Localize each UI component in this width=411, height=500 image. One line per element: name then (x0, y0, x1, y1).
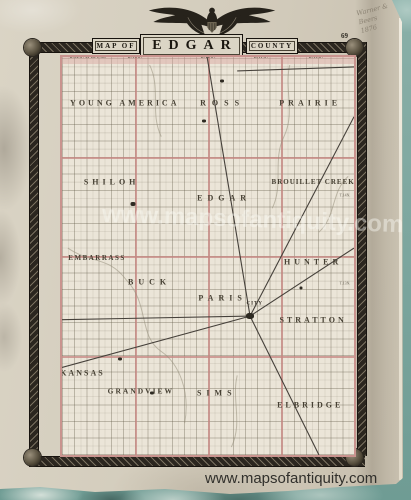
range-label: R.12W. (201, 56, 216, 60)
antique-map-photo: Warner & Beers 1876 (0, 0, 411, 500)
settlement-dot (130, 202, 135, 206)
township-label: YOUNG AMERICA (70, 98, 179, 107)
settlement-dot (202, 119, 206, 122)
paper-edge-highlight (399, 18, 402, 480)
frame-border-left (29, 42, 39, 456)
county-name-label: EDGAR (152, 38, 238, 54)
township-label: BUCK (128, 277, 171, 286)
township-label: SHILOH (84, 178, 140, 187)
township-label: PARIS (198, 293, 246, 302)
settlement-dot (246, 313, 254, 319)
range-label: R.11W. (253, 56, 267, 60)
map-paper-sheet: Warner & Beers 1876 (0, 0, 404, 496)
frame-border-bottom (29, 456, 365, 467)
railroad-line (207, 57, 250, 316)
corner-rosette-icon (24, 449, 41, 466)
watermark-corner: www.mapsofantiquity.com (205, 470, 377, 487)
railroad-line (62, 316, 250, 367)
township-label: ROSS (200, 98, 245, 107)
frame-border-right (357, 42, 367, 456)
county-word-label: COUNTY (251, 42, 293, 50)
township-label: HUNTER (284, 257, 342, 266)
township-number-label: T.14N. (340, 194, 351, 198)
settlement-dot (118, 358, 122, 361)
township-label: GRANDVIEW (108, 387, 174, 396)
settlement-dot (300, 286, 303, 289)
township-label: PRAIRIE (279, 98, 341, 107)
range-label: R.13W. (128, 56, 143, 60)
railroad-line (62, 316, 250, 320)
township-number-label: T.13N. (340, 282, 351, 286)
corner-rosette-icon (24, 39, 41, 56)
township-label: KANSAS (60, 369, 104, 378)
railroad-line (237, 67, 354, 71)
township-label: ELBRIDGE (277, 401, 343, 410)
corner-rosette-icon (346, 39, 363, 56)
range-label: R.14W. of 2d P.M. (70, 56, 107, 60)
edgar-county-map: YOUNG AMERICAROSSPRAIRIESHILOHEDGARBROUI… (60, 55, 356, 457)
map-of-label: MAP OF (96, 42, 135, 50)
railroad-line (250, 316, 319, 455)
map-of-banner: MAP OF (92, 38, 140, 54)
range-label: R.10W. (309, 56, 324, 60)
township-label: STRATTON (279, 315, 346, 324)
settlement-dot (220, 79, 224, 82)
page-number: 69 (341, 32, 348, 40)
township-label: BROUILLET CREEK (272, 178, 355, 186)
paris-city-label: CITY (246, 301, 263, 306)
township-label: EMBARRASS (68, 254, 125, 262)
township-label: SIMS (197, 389, 237, 398)
township-label: EDGAR (197, 194, 251, 203)
county-word-banner: COUNTY (246, 38, 298, 54)
